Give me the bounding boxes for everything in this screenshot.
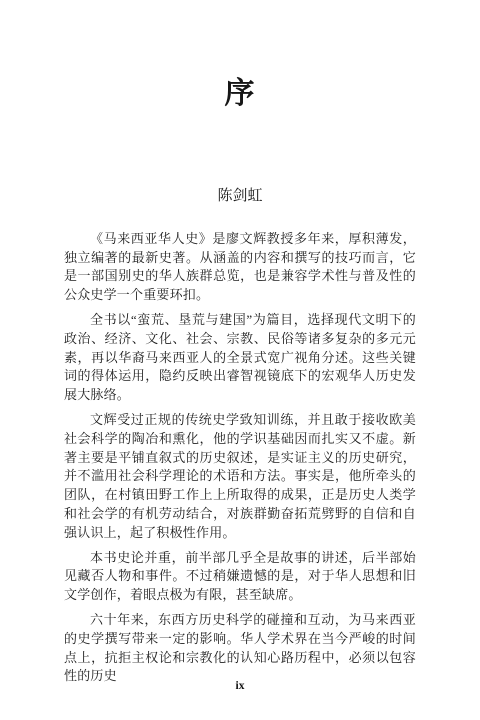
paragraph: 《马来西亚华人史》是廖文辉教授多年来，厚积薄发，独立编著的最新史著。从涵盖的内容… xyxy=(64,230,416,305)
paragraph: 全书以“蛮荒、垦荒与建国”为篇目，选择现代文明下的政治、经济、文化、社会、宗教、… xyxy=(64,311,416,405)
paragraph: 六十年来，东西方历史科学的碰撞和互动，为马来西亚的史学撰写带来一定的影响。华人学… xyxy=(64,611,416,686)
author-name: 陈剑虹 xyxy=(0,186,480,206)
paragraph: 本书史论并重，前半部几乎全是故事的讲述，后半部始见藏否人物和事件。不过稍嫌遗憾的… xyxy=(64,549,416,605)
page-title: 序 xyxy=(0,0,480,112)
book-page: 序 陈剑虹 《马来西亚华人史》是廖文辉教授多年来，厚积薄发，独立编著的最新史著。… xyxy=(0,0,480,720)
preface-body: 《马来西亚华人史》是廖文辉教授多年来，厚积薄发，独立编著的最新史著。从涵盖的内容… xyxy=(64,230,416,686)
page-number: ix xyxy=(0,680,480,692)
paragraph: 文辉受过正规的传统史学致知训练，并且敢于接收欧美社会科学的陶冶和熏化，他的学识基… xyxy=(64,411,416,542)
